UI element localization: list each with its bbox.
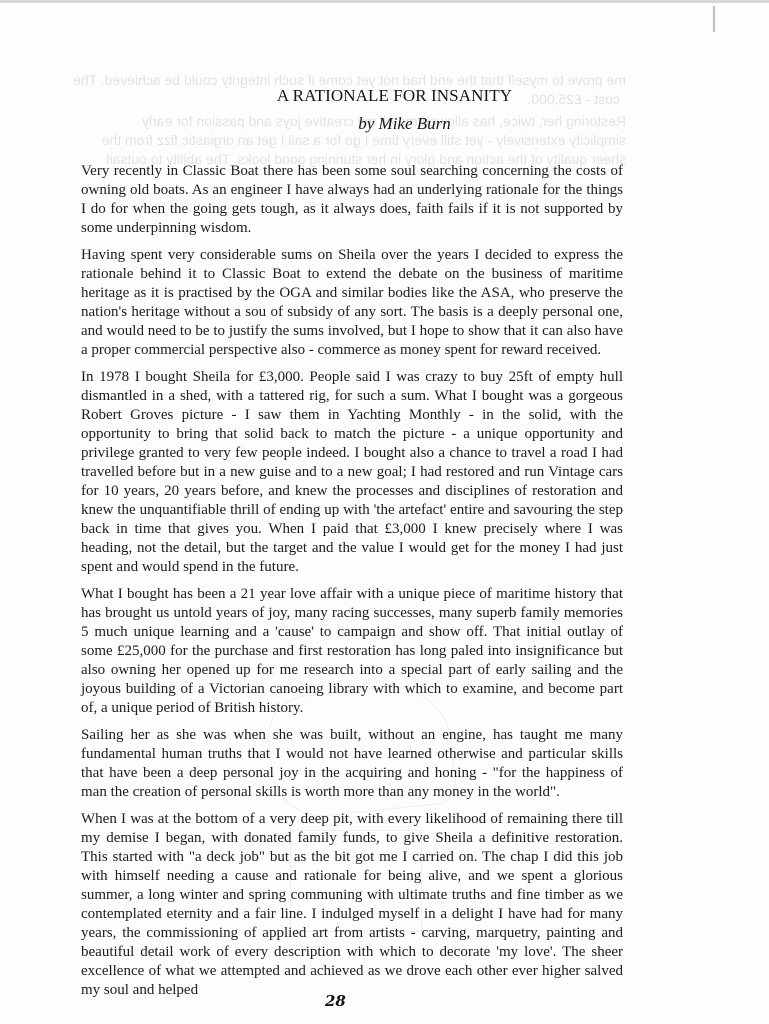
article-body: Very recently in Classic Boat there has … <box>81 162 623 1008</box>
paragraph: In 1978 I bought Sheila for £3,000. Peop… <box>81 368 623 577</box>
paragraph: Having spent very considerable sums on S… <box>81 246 623 360</box>
scan-edge-mark <box>713 6 715 32</box>
paragraph: Sailing her as she was when she was buil… <box>81 726 623 802</box>
page-number: 28 <box>325 992 346 1010</box>
scanned-page: me prove to myself that the end had not … <box>0 0 769 1024</box>
paragraph: When I was at the bottom of a very deep … <box>81 810 623 1000</box>
article-byline: by Mike Burn <box>0 114 769 134</box>
paragraph: What I bought has been a 21 year love af… <box>81 585 623 718</box>
paragraph: Very recently in Classic Boat there has … <box>81 162 623 238</box>
article-title: A RATIONALE FOR INSANITY <box>0 86 769 106</box>
scan-top-edge <box>0 0 769 3</box>
